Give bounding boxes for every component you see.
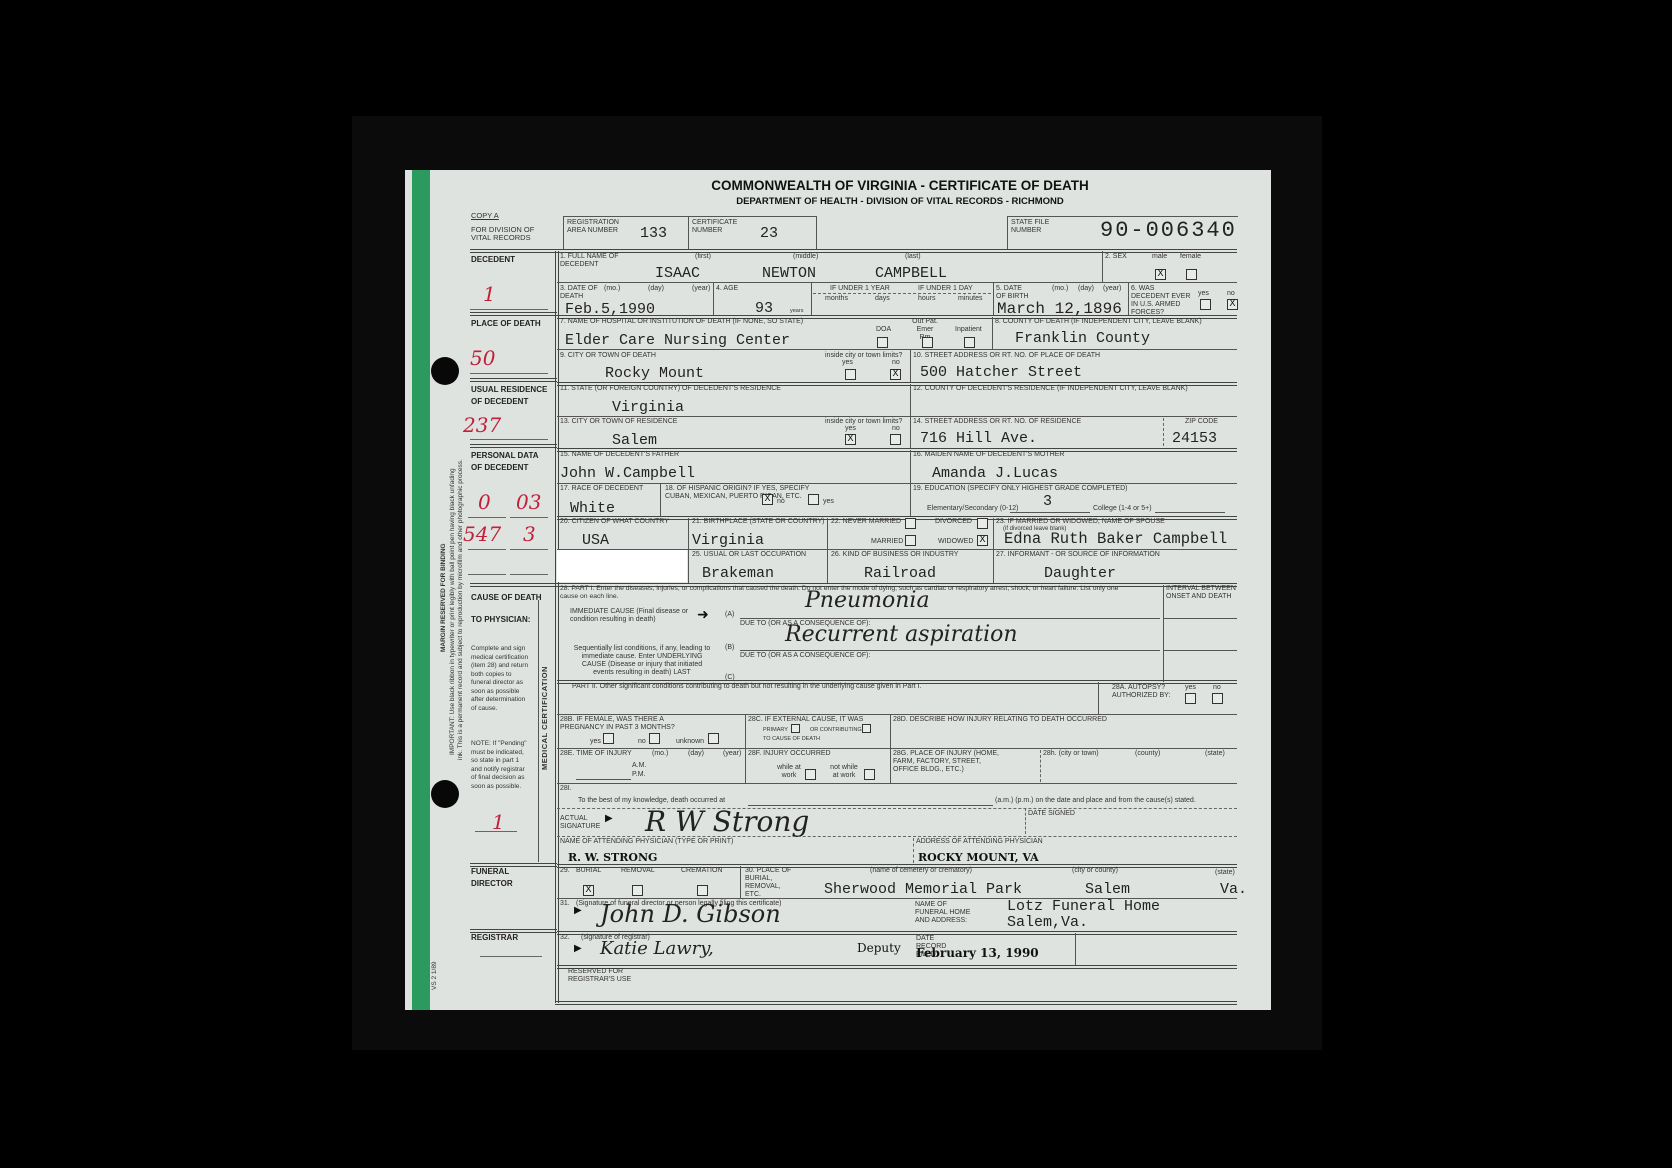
day-label: (day) bbox=[688, 750, 704, 758]
physician-address: ROCKY MOUNT, VA bbox=[918, 851, 1039, 864]
rule bbox=[557, 783, 1237, 784]
rule bbox=[557, 349, 1237, 350]
divider bbox=[1102, 251, 1103, 282]
state-file-number: 90-006340 bbox=[1100, 218, 1237, 243]
section-usual-residence: USUAL RESIDENCE OF DECEDENT bbox=[471, 384, 551, 408]
under-day-label: IF UNDER 1 DAY bbox=[918, 285, 973, 293]
outpatient-checkbox[interactable] bbox=[922, 337, 933, 348]
rule bbox=[557, 483, 1237, 484]
code-line bbox=[510, 439, 548, 440]
hours-label: hours bbox=[918, 295, 936, 303]
punch-hole bbox=[431, 357, 459, 385]
divider bbox=[1163, 585, 1164, 682]
cause-b: Recurrent aspiration bbox=[785, 622, 1018, 647]
dash-rule bbox=[813, 293, 991, 294]
female-label: female bbox=[1180, 253, 1201, 261]
code-line bbox=[468, 549, 506, 550]
physician-instructions: Complete and sign medical certification … bbox=[471, 645, 531, 713]
pregnancy-no[interactable] bbox=[649, 733, 660, 744]
mo-label: (mo.) bbox=[604, 285, 620, 293]
line-b-label: (B) bbox=[725, 644, 734, 652]
dash-rule bbox=[913, 838, 914, 863]
education-elementary: 3 bbox=[1043, 493, 1052, 510]
date-of-birth: March 12,1896 bbox=[997, 300, 1122, 318]
place-of-burial-label: 30. PLACE OF BURIAL, REMOVAL, ETC. bbox=[745, 867, 795, 899]
funeral-home-name: Lotz Funeral Home bbox=[1007, 898, 1160, 915]
green-binding-stripe bbox=[412, 170, 430, 1010]
yes-label: yes bbox=[1185, 684, 1196, 692]
code-line bbox=[510, 549, 548, 550]
middle-name: NEWTON bbox=[762, 265, 816, 282]
coding-mark-personal-b2: 3 bbox=[523, 522, 536, 546]
not-while-at-work-checkbox[interactable] bbox=[864, 769, 875, 780]
arrow-right-icon: ➜ bbox=[697, 606, 709, 623]
citizenship: USA bbox=[582, 532, 609, 549]
male-checkbox[interactable]: X bbox=[1155, 269, 1166, 280]
hospital-name: Elder Care Nursing Center bbox=[565, 332, 790, 349]
never-married-label: 22. NEVER MARRIED bbox=[831, 518, 901, 526]
margin-important-text: IMPORTANT: Use black ribbon in typewrite… bbox=[449, 468, 456, 755]
first-name: ISAAC bbox=[655, 265, 700, 282]
birthplace-label: 21. BIRTHPLACE (state or country) bbox=[692, 518, 825, 526]
code-line bbox=[468, 574, 506, 575]
county-of-death-label: 8. COUNTY OF DEATH (if independent city,… bbox=[995, 318, 1202, 326]
actual-signature-label: ACTUAL SIGNATURE bbox=[560, 815, 600, 831]
mo-label: (mo.) bbox=[652, 750, 668, 758]
last-label: (last) bbox=[905, 253, 921, 261]
rule bbox=[470, 378, 557, 382]
mother-label: 16. MAIDEN NAME OF DECEDENT'S MOTHER bbox=[913, 451, 1064, 459]
coding-mark-decedent: 1 bbox=[483, 282, 496, 306]
section-cause-of-death: CAUSE OF DEATH bbox=[471, 592, 542, 604]
cemetery-label: (name of cemetery or crematory) bbox=[870, 867, 972, 875]
cremation-checkbox[interactable] bbox=[697, 885, 708, 896]
year-label: (year) bbox=[723, 750, 741, 758]
section-funeral-director: FUNERAL DIRECTOR bbox=[471, 866, 541, 890]
date-of-birth-label: 5. DATE OF BIRTH bbox=[996, 285, 1031, 301]
injury-occurred-label: 28f. INJURY OCCURRED bbox=[748, 750, 831, 758]
funeral-director-signature: John D. Gibson bbox=[600, 900, 781, 928]
arrow-right-icon: ▶ bbox=[605, 813, 613, 824]
age-value: 93 bbox=[755, 300, 773, 317]
external-cause-label: 28c. IF EXTERNAL CAUSE, IT WAS bbox=[748, 716, 863, 724]
doa-checkbox[interactable] bbox=[877, 337, 888, 348]
first-label: (first) bbox=[695, 253, 711, 261]
item-32-label: 32. bbox=[560, 934, 570, 942]
divider bbox=[992, 317, 993, 349]
copy-for-label: FOR DIVISION OF VITAL RECORDS bbox=[471, 226, 551, 242]
code-line bbox=[510, 517, 548, 518]
date-of-death: Feb.5,1990 bbox=[565, 301, 655, 318]
divider bbox=[745, 715, 746, 783]
doa-label: DOA bbox=[876, 326, 891, 334]
city-of-death-label: 9. CITY OR TOWN OF DEATH bbox=[560, 352, 656, 360]
registration-area-value: 133 bbox=[640, 225, 667, 242]
rule bbox=[557, 714, 1237, 715]
minutes-label: minutes bbox=[958, 295, 983, 303]
item-28i-label: 28i. bbox=[560, 785, 572, 793]
divorced-checkbox[interactable] bbox=[977, 518, 988, 529]
widowed-label: WIDOWED bbox=[938, 538, 973, 546]
sequential-label: Sequentially list conditions, if any, le… bbox=[572, 645, 712, 677]
deputy-label: Deputy bbox=[857, 941, 901, 955]
divider bbox=[713, 283, 714, 315]
arrow-right-icon: ▶ bbox=[574, 905, 582, 916]
pregnancy-yes[interactable] bbox=[603, 733, 614, 744]
certificate-subtitle: DEPARTMENT OF HEALTH - DIVISION OF VITAL… bbox=[600, 196, 1200, 207]
no-label: no bbox=[1227, 290, 1235, 298]
physician-address-label: ADDRESS OF ATTENDING PHYSICIAN bbox=[916, 838, 1043, 846]
informant-label: 27. INFORMANT - OR SOURCE OF INFORMATION bbox=[996, 551, 1160, 559]
armed-forces-label: 6. WAS DECEDENT EVER IN U.S. ARMED FORCE… bbox=[1131, 285, 1193, 317]
widowed-checkbox[interactable]: X bbox=[977, 535, 988, 546]
yes-label: yes bbox=[842, 359, 853, 367]
coding-mark-residence: 237 bbox=[463, 413, 501, 437]
ampm-statement: (a.m.) (p.m.) on the date and place and … bbox=[995, 797, 1196, 805]
hispanic-no[interactable]: X bbox=[762, 494, 773, 505]
days-label: days bbox=[875, 295, 890, 303]
residence-limits-yes[interactable]: X bbox=[845, 434, 856, 445]
divider bbox=[827, 518, 828, 583]
death-address: 500 Hatcher Street bbox=[920, 364, 1082, 381]
injury-state-label: (state) bbox=[1205, 750, 1225, 758]
months-label: months bbox=[825, 295, 848, 303]
pregnancy-unknown[interactable] bbox=[708, 733, 719, 744]
under-year-label: IF UNDER 1 YEAR bbox=[830, 285, 890, 293]
coding-mark-personal-a1: 0 bbox=[478, 490, 491, 514]
father-name: John W.Campbell bbox=[560, 465, 695, 482]
dash-rule bbox=[557, 836, 1237, 837]
male-label: male bbox=[1152, 253, 1167, 261]
rule bbox=[1163, 650, 1237, 651]
armed-forces-no[interactable]: X bbox=[1227, 299, 1238, 310]
yes-label: yes bbox=[1198, 290, 1209, 298]
burial-label: BURIAL bbox=[576, 867, 601, 875]
hispanic-label: 18. OF HISPANIC ORIGIN? If yes, specify … bbox=[665, 485, 815, 501]
date-signed-label: DATE SIGNED bbox=[1028, 810, 1075, 818]
rule bbox=[470, 444, 557, 448]
divider bbox=[890, 715, 891, 783]
father-label: 15. NAME OF DECEDENT'S FATHER bbox=[560, 451, 679, 459]
rule bbox=[470, 863, 557, 867]
state-file-label: STATE FILE NUMBER bbox=[1011, 219, 1061, 235]
dash-rule bbox=[1040, 750, 1041, 782]
yes-label: yes bbox=[823, 498, 834, 506]
rule bbox=[470, 583, 557, 587]
section-decedent: DECEDENT bbox=[471, 254, 515, 266]
no-label: no bbox=[1213, 684, 1221, 692]
autopsy-yes[interactable] bbox=[1185, 693, 1196, 704]
divider bbox=[910, 417, 911, 448]
no-label: no bbox=[892, 359, 900, 367]
primary-label: PRIMARY bbox=[763, 726, 788, 734]
redacted-field bbox=[557, 550, 687, 582]
injury-county-label: (county) bbox=[1135, 750, 1160, 758]
contributing-label: or CONTRIBUTING bbox=[810, 726, 862, 734]
citizen-label: 20. CITIZEN OF WHAT COUNTRY bbox=[560, 518, 669, 526]
rule bbox=[557, 965, 1237, 969]
to-physician-label: TO PHYSICIAN: bbox=[471, 614, 541, 626]
divider bbox=[740, 866, 741, 898]
medical-certification-label: MEDICAL CERTIFICATION bbox=[540, 666, 549, 770]
funeral-home-address: Salem,Va. bbox=[1007, 914, 1088, 931]
burial-city: Salem bbox=[1085, 881, 1130, 898]
divider bbox=[688, 518, 689, 583]
certificate-title: COMMONWEALTH OF VIRGINIA - CERTIFICATE O… bbox=[600, 178, 1200, 193]
dash-rule bbox=[1025, 808, 1026, 834]
county-residence-label: 12. COUNTY OF DECEDENT'S RESIDENCE (if i… bbox=[913, 385, 1188, 393]
certificate-number-value: 23 bbox=[760, 225, 778, 242]
rule bbox=[557, 748, 1237, 749]
state-residence-label: 11. STATE (OR FOREIGN COUNTRY) OF DECEDE… bbox=[560, 385, 781, 393]
rule bbox=[555, 1001, 1237, 1005]
section-personal-data: PERSONAL DATA OF DECEDENT bbox=[471, 450, 541, 474]
rule bbox=[1010, 512, 1090, 513]
line-a-label: (A) bbox=[725, 611, 734, 619]
margin-binding-text: MARGIN RESERVED FOR BINDING bbox=[440, 543, 447, 652]
birthplace: Virginia bbox=[692, 532, 764, 549]
burial-city-label: (city or county) bbox=[1072, 867, 1118, 875]
coding-mark-personal-a2: 03 bbox=[516, 490, 541, 514]
divider bbox=[993, 283, 994, 315]
state-residence: Virginia bbox=[612, 399, 684, 416]
physician-signature: R W Strong bbox=[645, 805, 809, 838]
age-label: 4. AGE bbox=[716, 285, 738, 293]
immediate-cause-label: IMMEDIATE CAUSE (Final disease or condit… bbox=[570, 608, 700, 624]
removal-checkbox[interactable] bbox=[632, 885, 643, 896]
code-line bbox=[510, 373, 548, 374]
to-cause-label: TO CAUSE OF DEATH bbox=[763, 735, 820, 743]
burial-state: Va. bbox=[1220, 881, 1247, 898]
am-label: A.M. bbox=[632, 762, 646, 770]
coding-mark-personal-b1: 547 bbox=[463, 522, 501, 546]
code-line bbox=[510, 309, 548, 310]
female-checkbox[interactable] bbox=[1186, 269, 1197, 280]
punch-hole bbox=[431, 780, 459, 808]
certificate-number-label: CERTIFICATE NUMBER bbox=[692, 219, 742, 235]
code-line bbox=[510, 574, 548, 575]
section-place-of-death: PLACE OF DEATH bbox=[471, 318, 541, 330]
divider bbox=[910, 384, 911, 416]
physician-name: R. W. STRONG bbox=[568, 851, 657, 864]
rule bbox=[470, 929, 557, 933]
rule bbox=[740, 650, 1160, 651]
coding-mark-place: 50 bbox=[470, 346, 495, 370]
injury-city-label: 28h. (city or town) bbox=[1043, 750, 1099, 758]
yes-label: yes bbox=[845, 425, 856, 433]
form-code: VS 2 1/89 bbox=[431, 961, 438, 990]
autopsy-no[interactable] bbox=[1212, 693, 1223, 704]
inpatient-checkbox[interactable] bbox=[964, 337, 975, 348]
middle-label: (middle) bbox=[793, 253, 818, 261]
while-at-work-checkbox[interactable] bbox=[805, 769, 816, 780]
limits-label: inside city or town limits? bbox=[825, 352, 902, 360]
yes-label: yes bbox=[590, 738, 601, 746]
not-while-at-work-label: not while at work bbox=[827, 764, 861, 780]
divider bbox=[811, 283, 812, 315]
while-at-work-label: while at work bbox=[775, 764, 803, 780]
pregnancy-label: 28b. IF FEMALE, WAS THERE A PREGNANCY IN… bbox=[560, 716, 700, 732]
rule bbox=[1163, 618, 1237, 619]
divider bbox=[688, 216, 689, 249]
no-label: no bbox=[777, 498, 785, 506]
injury-description-label: 28d. DESCRIBE HOW INJURY RELATING TO DEA… bbox=[893, 716, 1107, 724]
physician-name-label: NAME OF ATTENDING PHYSICIAN (Type or Pri… bbox=[560, 838, 733, 846]
divider bbox=[910, 450, 911, 516]
rule bbox=[576, 779, 631, 780]
reserved-for-registrar: RESERVED FOR REGISTRAR'S USE bbox=[568, 968, 648, 984]
code-line bbox=[475, 831, 517, 832]
spouse-name: Edna Ruth Baker Campbell bbox=[1004, 530, 1227, 548]
armed-forces-yes[interactable] bbox=[1200, 299, 1211, 310]
cause-a: Pneumonia bbox=[805, 588, 930, 613]
item-31-label: 31. bbox=[560, 900, 570, 908]
due-to-label: DUE TO (OR AS A CONSEQUENCE OF): bbox=[740, 652, 870, 660]
rule bbox=[557, 931, 1237, 935]
industry: Railroad bbox=[864, 565, 936, 582]
inpatient-label: Inpatient bbox=[955, 326, 982, 334]
rule bbox=[1155, 512, 1225, 513]
rule bbox=[557, 282, 1237, 283]
interval-label: INTERVAL BETWEEN ONSET AND DEATH bbox=[1166, 585, 1236, 601]
year-label: (year) bbox=[692, 285, 710, 293]
registrar-signature: Katie Lawry, bbox=[600, 938, 714, 959]
occupation: Brakeman bbox=[702, 565, 774, 582]
day-label: (day) bbox=[648, 285, 664, 293]
burial-state-label: (state) bbox=[1215, 869, 1235, 877]
sex-label: 2. SEX bbox=[1105, 253, 1127, 261]
divider bbox=[1098, 682, 1099, 714]
married-checkbox[interactable] bbox=[905, 535, 916, 546]
section-registrar: REGISTRAR bbox=[471, 932, 518, 944]
rule bbox=[740, 618, 1160, 619]
removal-label: REMOVAL bbox=[621, 867, 655, 875]
item-29-label: 29. bbox=[560, 867, 570, 875]
limits-label: inside city or town limits? bbox=[825, 418, 902, 426]
city-residence-label: 13. CITY OR TOWN OF RESIDENCE bbox=[560, 418, 677, 426]
margin-important-text-2: ink. This is a permanent record and subj… bbox=[457, 459, 464, 760]
part2-label: PART II. Other significant conditions co… bbox=[572, 683, 992, 691]
code-line bbox=[468, 517, 506, 518]
full-name-label: 1. FULL NAME OF DECEDENT bbox=[560, 253, 620, 269]
divorced-label: DIVORCED bbox=[935, 518, 972, 526]
death-limits-no[interactable]: X bbox=[890, 369, 901, 380]
never-married-checkbox[interactable] bbox=[905, 518, 916, 529]
year-label: (year) bbox=[1103, 285, 1121, 293]
divider bbox=[538, 600, 539, 862]
city-residence: Salem bbox=[612, 432, 657, 449]
residence-limits-no[interactable] bbox=[890, 434, 901, 445]
hospital-label: 7. NAME OF HOSPITAL OR INSTITUTION OF DE… bbox=[560, 318, 803, 326]
rule bbox=[470, 312, 557, 316]
contributing-checkbox[interactable] bbox=[862, 724, 871, 733]
race-label: 17. RACE OF DECEDENT bbox=[560, 485, 650, 493]
mother-name: Amanda J.Lucas bbox=[932, 465, 1058, 482]
rule bbox=[557, 416, 1237, 417]
mo-label: (mo.) bbox=[1052, 285, 1068, 293]
burial-checkbox[interactable]: X bbox=[583, 885, 594, 896]
place-of-injury-label: 28g. PLACE OF INJURY (home, farm, factor… bbox=[893, 750, 1003, 774]
pm-label: P.M. bbox=[632, 771, 646, 779]
divider bbox=[993, 518, 994, 583]
knowledge-statement: To the best of my knowledge, death occur… bbox=[578, 797, 725, 805]
education-label: 19. EDUCATION (Specify only highest grad… bbox=[913, 485, 1127, 493]
residence-address: 716 Hill Ave. bbox=[920, 430, 1037, 447]
date-filed: February 13, 1990 bbox=[916, 946, 1039, 960]
no-label: no bbox=[638, 738, 646, 746]
zip-code: 24153 bbox=[1172, 430, 1217, 447]
informant: Daughter bbox=[1044, 565, 1116, 582]
day-label: (day) bbox=[1078, 285, 1094, 293]
code-line bbox=[480, 956, 542, 957]
cemetery-name: Sherwood Memorial Park bbox=[824, 881, 1022, 898]
divider bbox=[1075, 933, 1076, 965]
time-of-injury-label: 28e. TIME OF INJURY bbox=[560, 750, 632, 758]
arrow-right-icon: ▶ bbox=[574, 943, 582, 954]
residence-address-label: 14. STREET ADDRESS OR RT. NO. OF RESIDEN… bbox=[913, 418, 1081, 426]
married-label: MARRIED bbox=[871, 538, 903, 546]
county-of-death: Franklin County bbox=[1015, 330, 1150, 347]
race: White bbox=[570, 500, 615, 517]
unknown-label: unknown bbox=[676, 738, 704, 746]
cremation-label: CREMATION bbox=[681, 867, 722, 875]
city-of-death: Rocky Mount bbox=[605, 365, 704, 382]
date-of-death-label: 3. DATE OF DEATH bbox=[560, 285, 610, 301]
pending-note: NOTE: If "Pending" must be indicated, so… bbox=[471, 740, 531, 791]
primary-checkbox[interactable] bbox=[791, 724, 800, 733]
divider bbox=[660, 484, 661, 516]
college-label: College (1-4 or 5+) bbox=[1093, 505, 1152, 513]
hispanic-yes[interactable] bbox=[808, 494, 819, 505]
age-unit: years bbox=[790, 307, 803, 315]
copy-label: COPY A bbox=[471, 212, 499, 220]
section-divider bbox=[555, 251, 559, 1003]
elementary-label: Elementary/Secondary (0-12) bbox=[927, 505, 1018, 513]
registration-area-label: REGISTRATION AREA NUMBER bbox=[567, 219, 627, 235]
autopsy-label: 28a. AUTOPSY? AUTHORIZED BY: bbox=[1112, 684, 1172, 700]
death-limits-yes[interactable] bbox=[845, 369, 856, 380]
no-label: no bbox=[892, 425, 900, 433]
dash-rule bbox=[1163, 418, 1164, 446]
zip-label: ZIP CODE bbox=[1185, 418, 1218, 426]
divider bbox=[1128, 283, 1129, 315]
funeral-home-label: NAME OF FUNERAL HOME AND ADDRESS: bbox=[915, 901, 975, 925]
industry-label: 26. KIND OF BUSINESS OR INDUSTRY bbox=[831, 551, 958, 559]
death-address-label: 10. STREET ADDRESS OR RT. NO. OF PLACE O… bbox=[913, 352, 1100, 360]
occupation-label: 25. USUAL OR LAST OCCUPATION bbox=[692, 551, 806, 559]
last-name: CAMPBELL bbox=[875, 265, 947, 282]
divider bbox=[910, 350, 911, 382]
